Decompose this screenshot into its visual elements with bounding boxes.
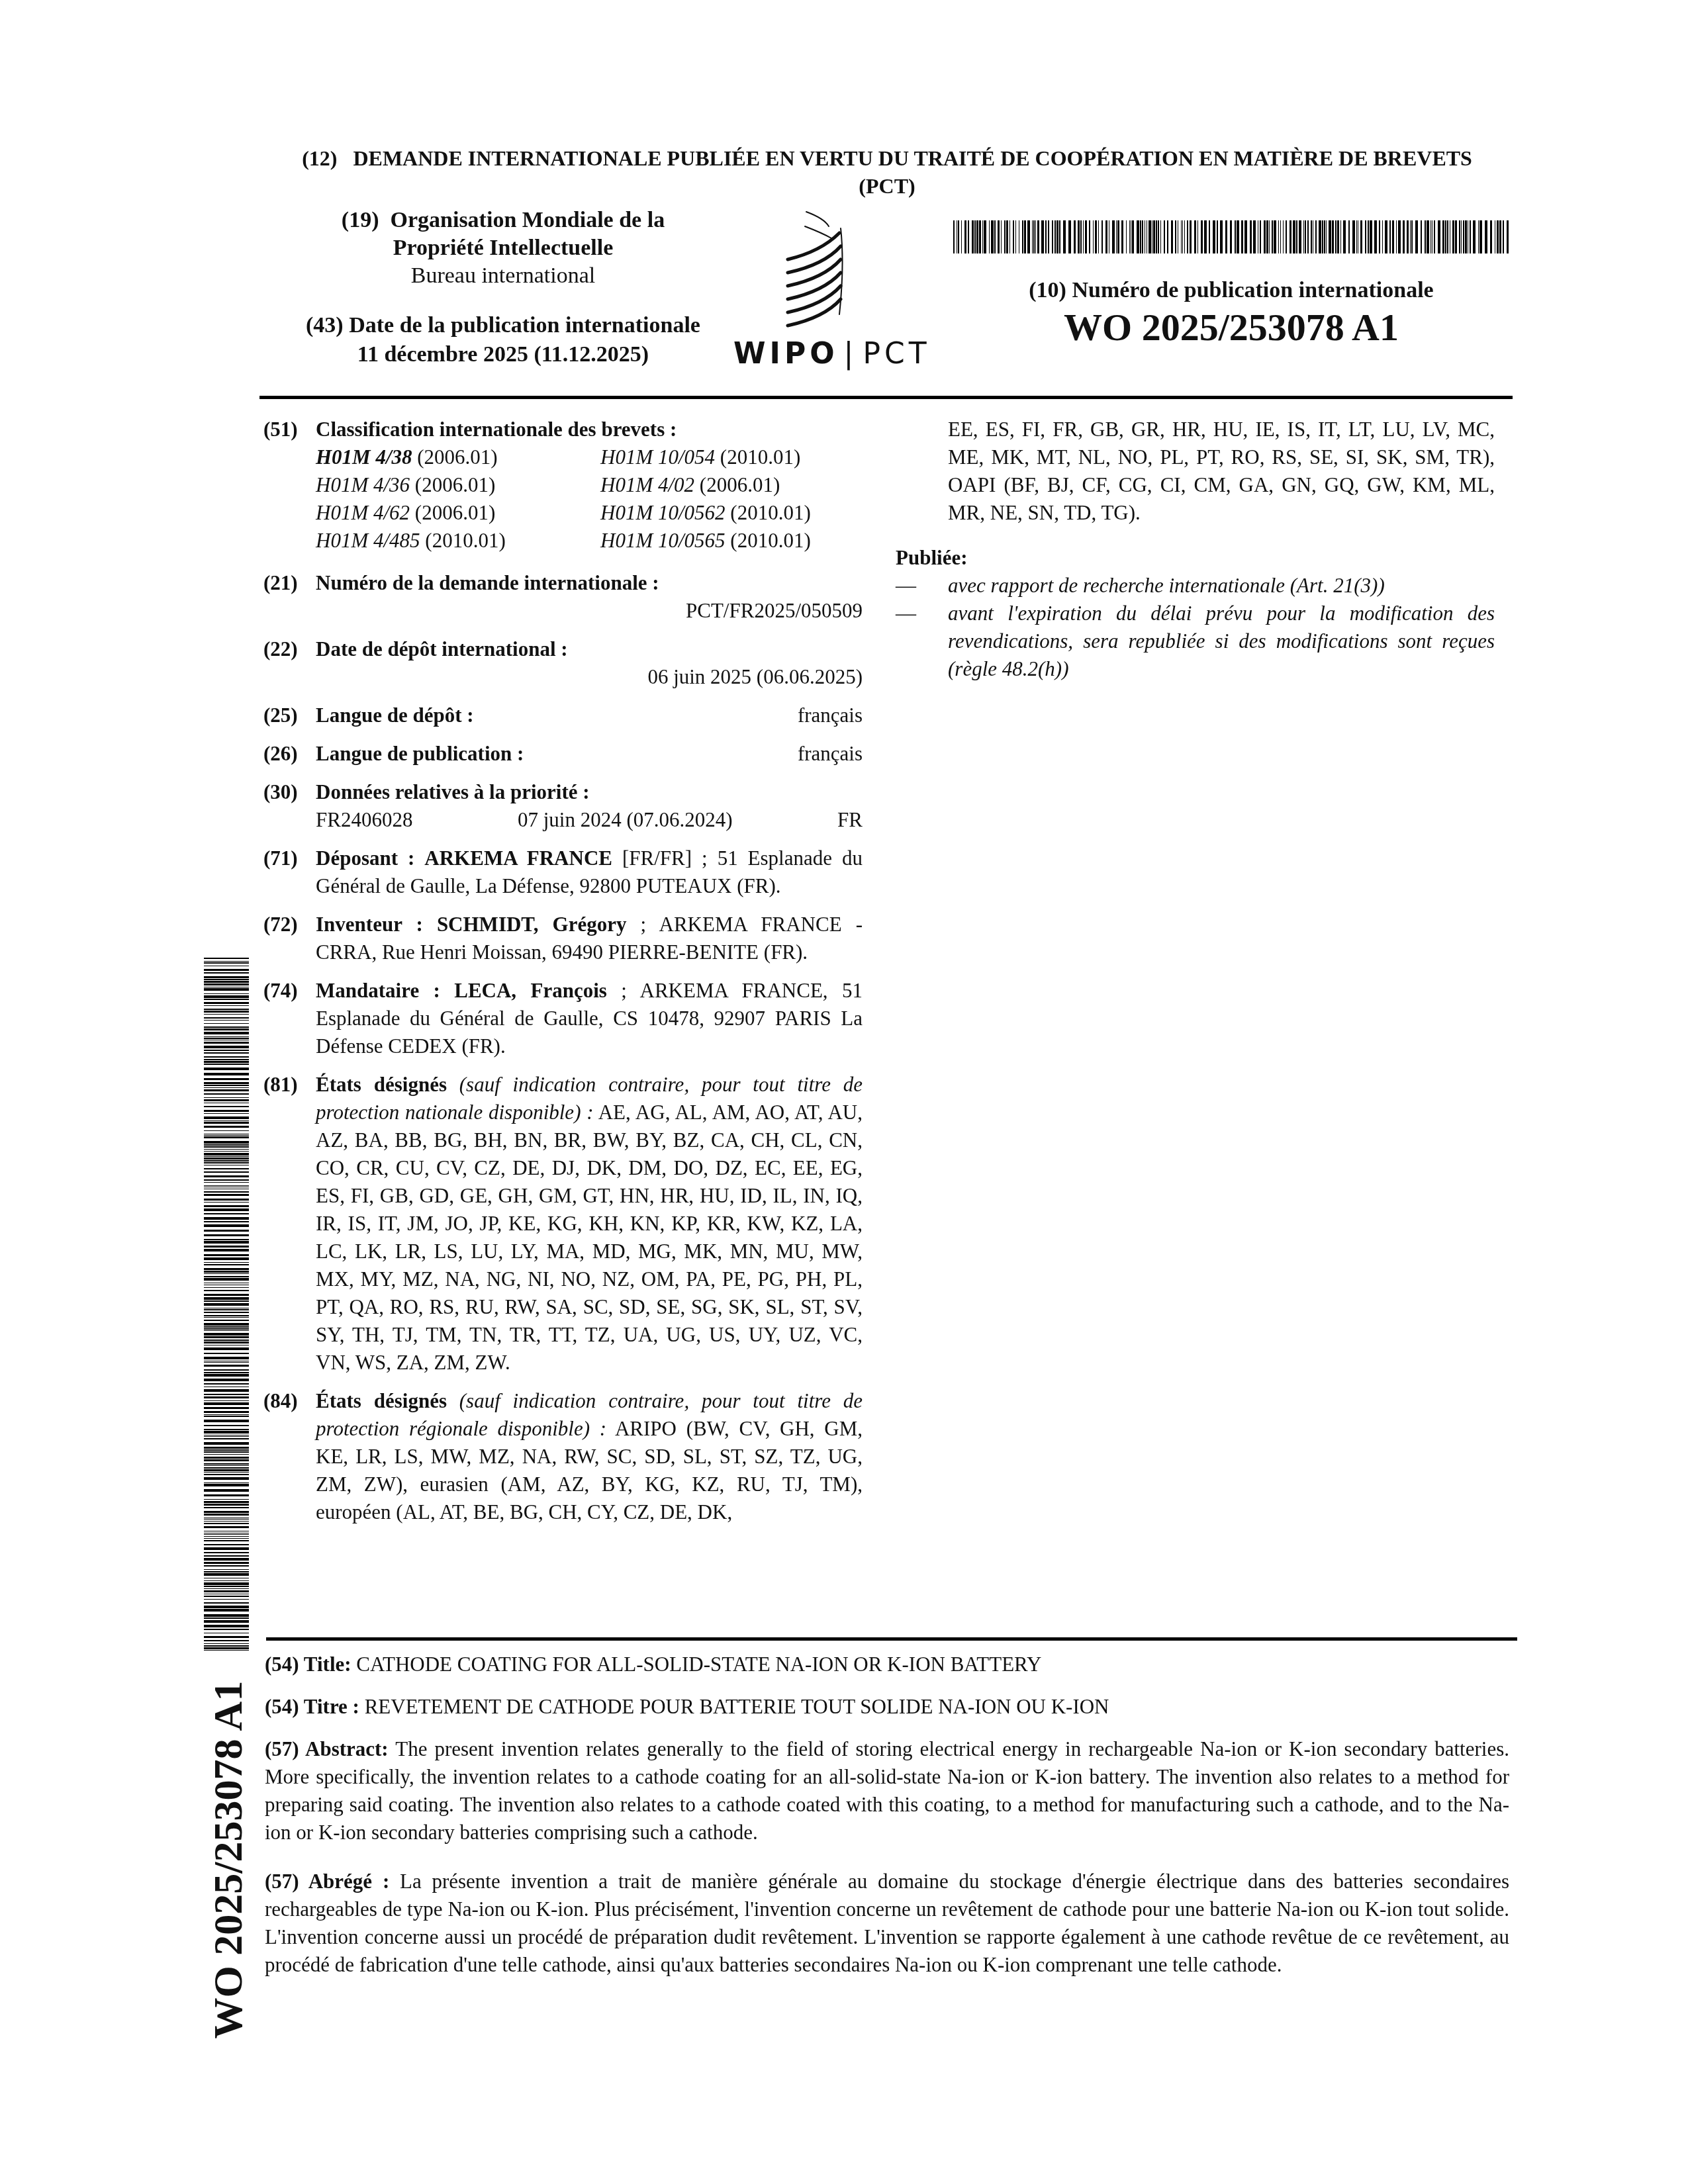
published-item: — avant l'expiration du délai prévu pour…: [896, 600, 1495, 683]
publication-number: WO 2025/253078 A1: [953, 306, 1509, 349]
publication-number-label-text: Numéro de publication internationale: [1072, 278, 1433, 302]
filing-date-value: 06 juin 2025 (06.06.2025): [316, 663, 863, 691]
inid-code-10: (10): [1029, 278, 1066, 302]
inid-code-72: (72): [263, 911, 298, 938]
applicant-label: Déposant :: [316, 846, 414, 870]
field-51-classification: (51) Classification internationale des b…: [263, 416, 863, 555]
inid-code-12: (12): [302, 146, 337, 170]
inid-code-84: (84): [263, 1387, 298, 1415]
field-84-designated-states-regional: (84) États désignés (sauf indication con…: [263, 1387, 863, 1526]
field-74-agent: (74) Mandataire : LECA, François ; ARKEM…: [263, 977, 863, 1060]
header-divider: [259, 396, 1513, 399]
field-71-applicant: (71) Déposant : ARKEMA FRANCE [FR/FR] ; …: [263, 844, 863, 900]
title-text: CATHODE COATING FOR ALL-SOLID-STATE NA-I…: [356, 1653, 1041, 1676]
ipc-code: H01M 10/0565 (2010.01): [600, 527, 885, 555]
wipo-globe-logo-icon: [761, 199, 861, 331]
abstract-english: (57) Abstract: The present invention rel…: [265, 1735, 1509, 1846]
published-item-text: avant l'expiration du délai prévu pour l…: [948, 602, 1495, 680]
field-30-priority: (30) Données relatives à la priorité : F…: [263, 778, 863, 834]
title-tag: (54) Title:: [265, 1653, 352, 1676]
barcode-horizontal-icon: [953, 220, 1509, 253]
barcode-vertical-icon: [204, 958, 249, 1651]
ipc-code: H01M 10/054 (2010.01): [600, 443, 885, 471]
bibliographic-left-column: (51) Classification internationale des b…: [263, 416, 863, 1537]
title-english: (54) Title: CATHODE COATING FOR ALL-SOLI…: [265, 1651, 1509, 1678]
application-number-label: Numéro de la demande internationale :: [316, 569, 863, 597]
published-item: — avec rapport de recherche internationa…: [896, 572, 1495, 600]
priority-row: FR2406028 07 juin 2024 (07.06.2024) FR: [316, 806, 863, 834]
published-item-text: avec rapport de recherche internationale…: [948, 574, 1385, 597]
wipo-text: WIPO: [733, 337, 839, 371]
field-72-inventor: (72) Inventeur : SCHMIDT, Grégory ; ARKE…: [263, 911, 863, 966]
agent-name: LECA, François: [454, 979, 607, 1002]
regional-states-list-part2: EE, ES, FI, FR, GB, GR, HR, HU, IE, IS, …: [896, 416, 1495, 527]
wipo-pct-wordmark: WIPO|PCT: [733, 338, 931, 371]
publication-date-value: 11 décembre 2025 (11.12.2025): [271, 340, 735, 369]
publication-date: (43) Date de la publication internationa…: [271, 311, 735, 369]
document-type-title: DEMANDE INTERNATIONALE PUBLIÉE EN VERTU …: [353, 146, 1472, 198]
publication-language-label: Langue de publication :: [316, 740, 524, 768]
ipc-list: H01M 4/38 (2006.01)H01M 10/054 (2010.01)…: [316, 443, 863, 555]
designated-states-list: AE, AG, AL, AM, AO, AT, AU, AZ, BA, BB, …: [316, 1101, 863, 1374]
org-line-2: Propriété Intellectuelle: [311, 234, 695, 262]
ipc-code: H01M 10/0562 (2010.01): [600, 499, 885, 527]
inventor-label: Inventeur :: [316, 913, 423, 936]
inid-code-22: (22): [263, 635, 298, 663]
designated-states-label: États désignés: [316, 1073, 447, 1096]
vertical-publication-number-text: WO 2025/253078 A1: [208, 1681, 249, 2039]
field-25-filing-language: (25) Langue de dépôt : français: [263, 702, 863, 729]
dash-bullet: —: [896, 600, 916, 627]
inid-code-21: (21): [263, 569, 298, 597]
org-line-1: Organisation Mondiale de la: [391, 208, 665, 232]
title-divider: [266, 1637, 1517, 1641]
field-26-publication-language: (26) Langue de publication : français: [263, 740, 863, 768]
inid-code-26: (26): [263, 740, 298, 768]
inid-code-30: (30): [263, 778, 298, 806]
ipc-code: H01M 4/36 (2006.01): [316, 471, 600, 499]
ipc-code: H01M 4/62 (2006.01): [316, 499, 600, 527]
abrege-tag: (57) Abrégé :: [265, 1870, 389, 1893]
published-heading: Publiée:: [896, 544, 1495, 572]
priority-date: 07 juin 2024 (07.06.2024): [518, 806, 733, 834]
ipc-code: H01M 4/485 (2010.01): [316, 527, 600, 555]
field-21-application-number: (21) Numéro de la demande internationale…: [263, 569, 863, 625]
priority-number: FR2406028: [316, 806, 412, 834]
publication-language-value: français: [798, 740, 863, 768]
pct-text: PCT: [863, 337, 930, 371]
filing-date-label: Date de dépôt international :: [316, 635, 863, 663]
document-type-heading: (12) DEMANDE INTERNATIONALE PUBLIÉE EN V…: [278, 144, 1496, 200]
wordmark-separator: |: [844, 337, 858, 371]
priority-country: FR: [837, 806, 863, 834]
inid-code-71: (71): [263, 844, 298, 872]
titre-tag: (54) Titre :: [265, 1695, 359, 1718]
inid-code-81: (81): [263, 1071, 298, 1099]
inid-code-43: (43): [306, 313, 344, 338]
filing-language-label: Langue de dépôt :: [316, 702, 474, 729]
abstract-text: The present invention relates generally …: [265, 1737, 1509, 1844]
inid-code-51: (51): [263, 416, 298, 443]
inventor-name: SCHMIDT, Grégory: [437, 913, 627, 936]
applicant-name: ARKEMA FRANCE: [424, 846, 612, 870]
office-name: (19) Organisation Mondiale de la Proprié…: [311, 206, 695, 290]
titre-text: REVETEMENT DE CATHODE POUR BATTERIE TOUT…: [365, 1695, 1109, 1718]
ipc-code: H01M 4/38 (2006.01): [316, 443, 600, 471]
field-22-filing-date: (22) Date de dépôt international : 06 ju…: [263, 635, 863, 691]
org-line-3: Bureau international: [311, 262, 695, 290]
abrege-text: La présente invention a trait de manière…: [265, 1870, 1509, 1976]
abstract-tag: (57) Abstract:: [265, 1737, 389, 1760]
ipc-code: H01M 4/02 (2006.01): [600, 471, 885, 499]
dash-bullet: —: [896, 572, 916, 600]
inid-code-25: (25): [263, 702, 298, 729]
vertical-publication-number: WO 2025/253078 A1: [199, 1668, 258, 2052]
title-french: (54) Titre : REVETEMENT DE CATHODE POUR …: [265, 1693, 1509, 1721]
abstract-french: (57) Abrégé : La présente invention a tr…: [265, 1868, 1509, 1979]
inid-code-19: (19): [342, 208, 379, 232]
bibliographic-right-column: EE, ES, FI, FR, GB, GR, HR, HU, IE, IS, …: [896, 416, 1495, 683]
publication-number-label: (10) Numéro de publication international…: [953, 277, 1509, 304]
agent-label: Mandataire :: [316, 979, 440, 1002]
application-number-value: PCT/FR2025/050509: [316, 597, 863, 625]
field-81-designated-states-national: (81) États désignés (sauf indication con…: [263, 1071, 863, 1377]
priority-label: Données relatives à la priorité :: [316, 778, 863, 806]
inid-code-74: (74): [263, 977, 298, 1005]
publication-date-label: Date de la publication internationale: [349, 313, 700, 338]
filing-language-value: français: [798, 702, 863, 729]
regional-states-label: États désignés: [316, 1389, 447, 1412]
classification-label: Classification internationale des brevet…: [316, 416, 863, 443]
